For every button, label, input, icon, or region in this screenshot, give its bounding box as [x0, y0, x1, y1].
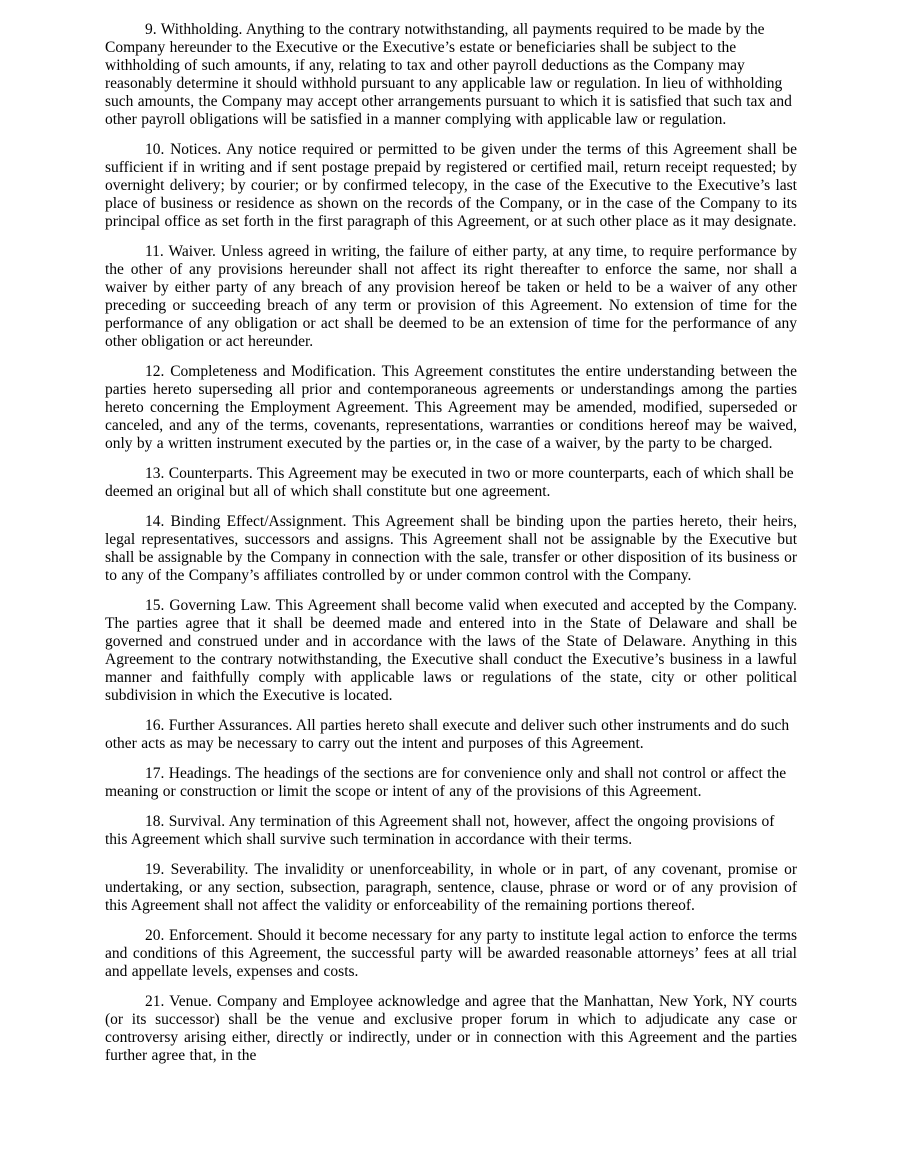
- section-paragraph-20: 20. Enforcement. Should it become necess…: [105, 927, 797, 981]
- section-paragraph-10: 10. Notices. Any notice required or perm…: [105, 141, 797, 231]
- section-label: 19. Severability.: [145, 861, 248, 878]
- section-label: 10. Notices.: [145, 141, 221, 158]
- section-label: 21. Venue.: [145, 993, 212, 1010]
- section-paragraph-15: 15. Governing Law. This Agreement shall …: [105, 597, 797, 705]
- section-label: 12. Completeness and Modification.: [145, 363, 376, 380]
- section-paragraph-14: 14. Binding Effect/Assignment. This Agre…: [105, 513, 797, 585]
- section-label: 13. Counterparts.: [145, 465, 253, 482]
- section-paragraph-21: 21. Venue. Company and Employee acknowle…: [105, 993, 797, 1065]
- section-label: 18. Survival.: [145, 813, 225, 830]
- section-label: 15. Governing Law.: [145, 597, 271, 614]
- section-label: 17. Headings.: [145, 765, 231, 782]
- section-label: 11. Waiver.: [145, 243, 216, 260]
- section-label: 16. Further Assurances.: [145, 717, 292, 734]
- section-label: 20. Enforcement.: [145, 927, 253, 944]
- section-paragraph-11: 11. Waiver. Unless agreed in writing, th…: [105, 243, 797, 351]
- document-page: 9. Withholding. Anything to the contrary…: [0, 0, 900, 1165]
- section-paragraph-18: 18. Survival. Any termination of this Ag…: [105, 813, 797, 849]
- section-label: 9. Withholding.: [145, 21, 242, 38]
- section-label: 14. Binding Effect/Assignment.: [145, 513, 346, 530]
- section-paragraph-17: 17. Headings. The headings of the sectio…: [105, 765, 797, 801]
- section-paragraph-16: 16. Further Assurances. All parties here…: [105, 717, 797, 753]
- section-paragraph-19: 19. Severability. The invalidity or unen…: [105, 861, 797, 915]
- section-paragraph-9: 9. Withholding. Anything to the contrary…: [105, 21, 797, 129]
- section-paragraph-12: 12. Completeness and Modification. This …: [105, 363, 797, 453]
- section-paragraph-13: 13. Counterparts. This Agreement may be …: [105, 465, 797, 501]
